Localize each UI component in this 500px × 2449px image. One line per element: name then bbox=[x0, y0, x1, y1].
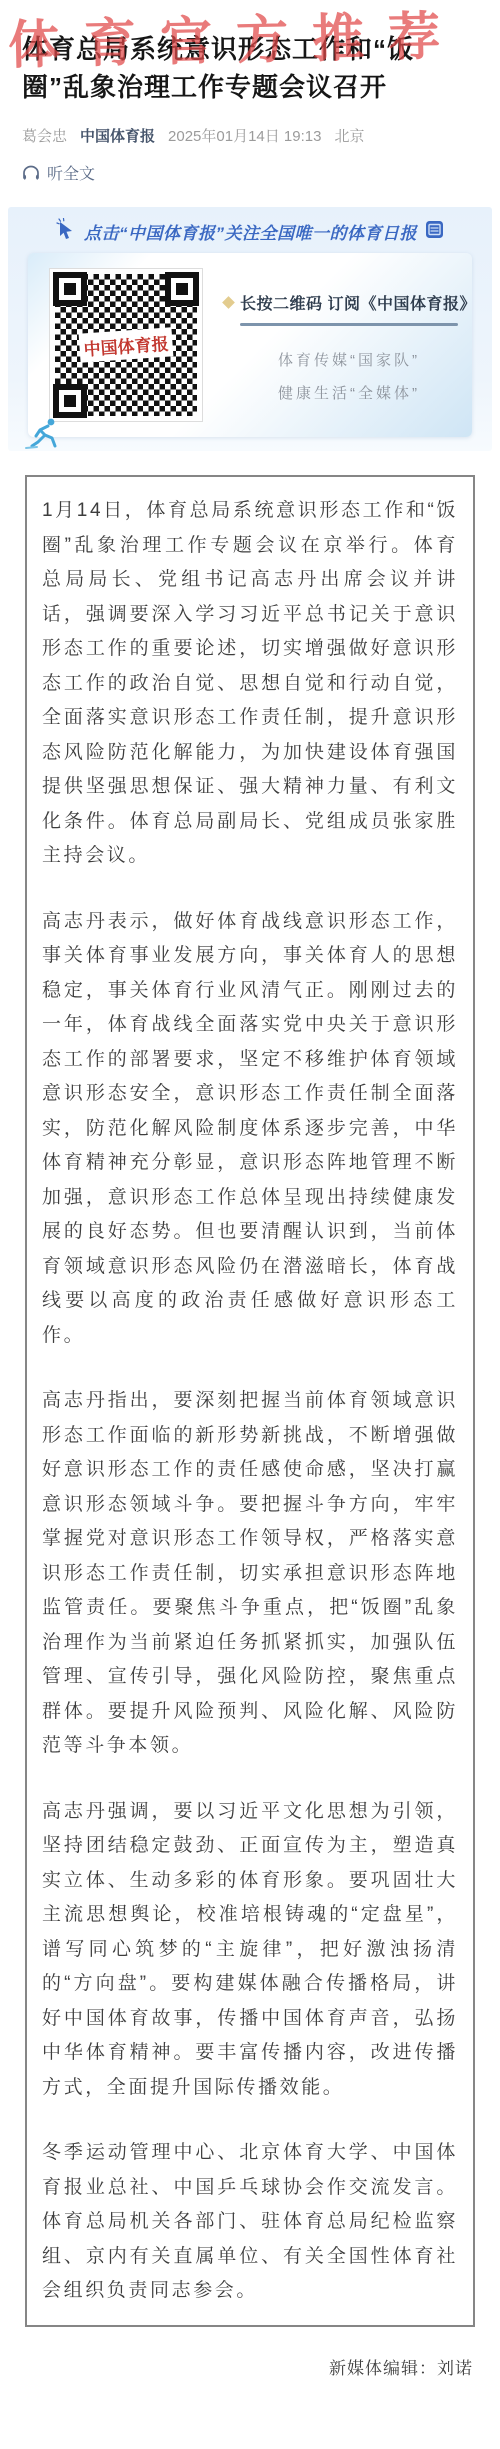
cursor-pointer-icon bbox=[56, 218, 76, 245]
qr-subscribe-card[interactable]: 中国体育报 长按二维码 订阅《中国体育报》 体育传媒“国家队” 健康生活“全媒体… bbox=[28, 253, 472, 437]
newspaper-icon bbox=[425, 220, 444, 244]
publish-datetime: 2025年01月14日 19:13 bbox=[168, 125, 321, 146]
tagline-1: 体育传媒“国家队” bbox=[240, 344, 458, 377]
page-title: 体育总局系统意识形态工作和“饭圈”乱象治理工作专题会议召开 bbox=[22, 30, 478, 106]
banner-headline-row: 点击“中国体育报”关注全国唯一的体育日报 bbox=[8, 207, 492, 245]
paragraph-3: 高志丹指出，要深刻把握当前体育领域意识形态工作面临的新形势新挑战，不断增强做好意… bbox=[42, 1384, 458, 1764]
paragraph-1: 1月14日，体育总局系统意识形态工作和“饭圈”乱象治理工作专题会议在京举行。体育… bbox=[42, 494, 458, 874]
runner-icon bbox=[24, 416, 64, 457]
banner-headline: 点击“中国体育报”关注全国唯一的体育日报 bbox=[84, 219, 417, 244]
byline: 葛会忠 中国体育报 2025年01月14日 19:13 北京 bbox=[22, 125, 478, 146]
subscribe-title: 长按二维码 订阅《中国体育报》 bbox=[240, 291, 476, 314]
paragraph-4: 高志丹强调，要以习近平文化思想为引领，坚持团结稳定鼓劲、正面宣传为主，塑造真实立… bbox=[42, 1795, 458, 2106]
qr-finder-icon bbox=[53, 272, 87, 306]
account-name-link[interactable]: 中国体育报 bbox=[80, 125, 155, 146]
listen-full-text-button[interactable]: 听全文 bbox=[22, 161, 478, 184]
subscribe-banner[interactable]: 点击“中国体育报”关注全国唯一的体育日报 中国体育报 长按二维码 订阅《中国 bbox=[8, 207, 492, 451]
subscribe-text-block: 长按二维码 订阅《中国体育报》 体育传媒“国家队” 健康生活“全媒体” bbox=[224, 291, 458, 410]
tagline-2: 健康生活“全媒体” bbox=[240, 377, 458, 410]
paragraph-5: 冬季运动管理中心、北京体育大学、中国体育报业总社、中国乒乓球协会作交流发言。体育… bbox=[42, 2136, 458, 2309]
qr-code[interactable]: 中国体育报 bbox=[50, 269, 202, 421]
headphones-icon bbox=[22, 165, 40, 181]
paragraph-2: 高志丹表示，做好体育战线意识形态工作，事关体育事业发展方向，事关体育人的思想稳定… bbox=[42, 905, 458, 1354]
listen-label: 听全文 bbox=[47, 161, 95, 184]
qr-finder-icon bbox=[165, 272, 199, 306]
article-body-box: 1月14日，体育总局系统意识形态工作和“饭圈”乱象治理工作专题会议在京举行。体育… bbox=[25, 475, 475, 2327]
publish-location: 北京 bbox=[334, 125, 364, 146]
subscribe-title-underline bbox=[240, 323, 458, 326]
article-page: 体育官方推荐 体育总局系统意识形态工作和“饭圈”乱象治理工作专题会议召开 葛会忠… bbox=[0, 0, 500, 2449]
editor-credit: 新媒体编辑：刘诺 bbox=[27, 2354, 473, 2379]
qr-center-label: 中国体育报 bbox=[79, 327, 174, 362]
qr-finder-icon bbox=[53, 384, 87, 418]
diamond-bullet-icon bbox=[222, 296, 235, 309]
author-name: 葛会忠 bbox=[22, 125, 67, 146]
article-header: 体育总局系统意识形态工作和“饭圈”乱象治理工作专题会议召开 葛会忠 中国体育报 … bbox=[0, 0, 500, 184]
